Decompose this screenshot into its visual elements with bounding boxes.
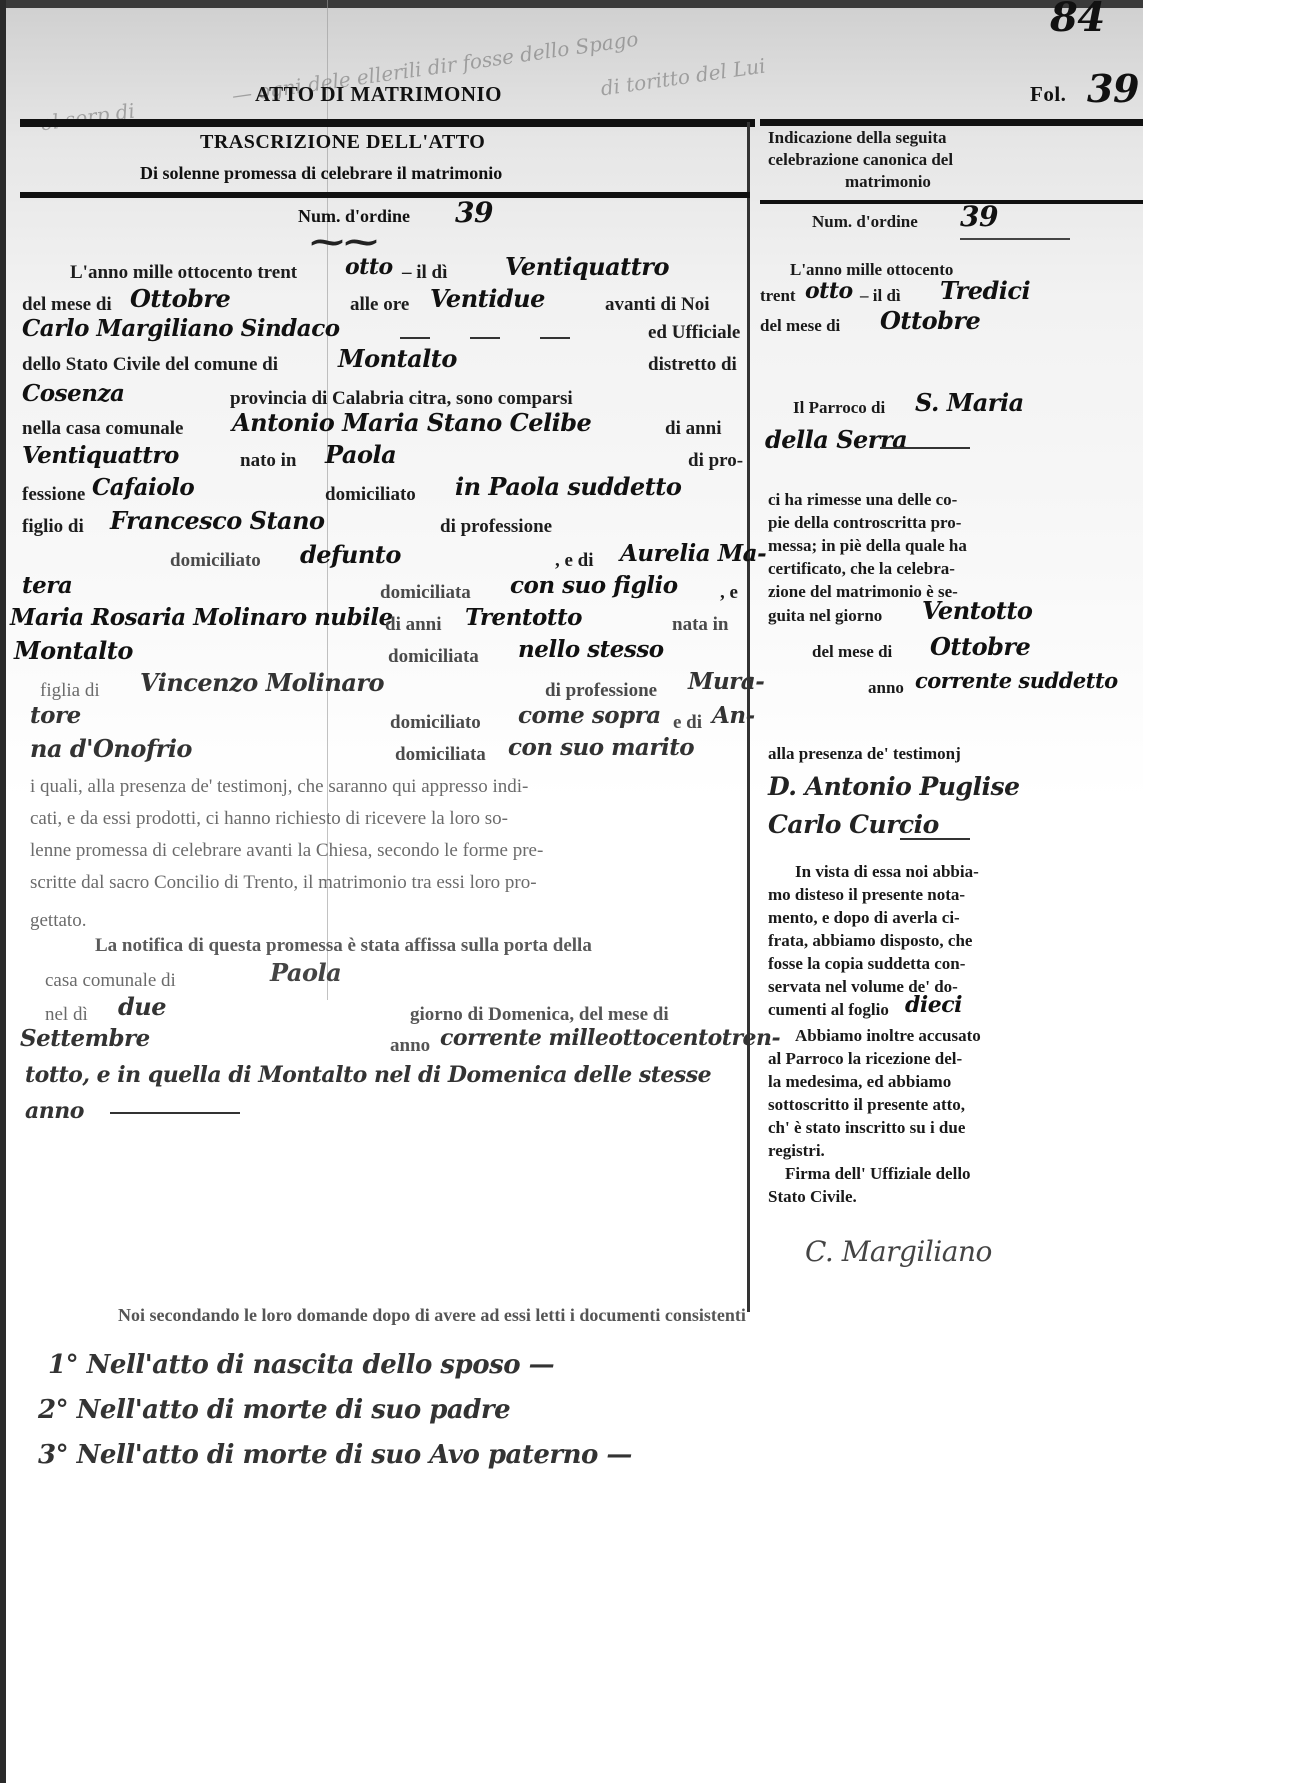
handwritten-bride: Maria Rosaria Molinaro nubile: [10, 604, 393, 631]
paragraph-line: gettato.: [30, 910, 86, 932]
handwritten-father-domicile: come sopra: [518, 702, 661, 729]
right-order-value: 39: [960, 200, 998, 233]
form-text: ed Ufficiale: [648, 322, 740, 344]
handwritten-father: Francesco Stano: [110, 506, 325, 535]
right-body-line: ci ha rimesse una delle co-: [768, 490, 957, 510]
fill-dash: [110, 1112, 240, 1114]
handwritten-celebration-month: Ottobre: [930, 632, 1030, 661]
form-text: domiciliata: [380, 582, 471, 604]
handwritten-mother-domicile: con suo figlio: [510, 572, 678, 599]
paragraph-line: i quali, alla presenza de' testimonj, ch…: [30, 776, 528, 798]
handwritten-right-day: Tredici: [940, 276, 1030, 305]
form-text: dello Stato Civile del comune di: [22, 354, 278, 376]
fill-dash: [540, 337, 570, 339]
closing-line: cumenti al foglio: [768, 1000, 889, 1020]
form-text: , e: [720, 582, 738, 604]
form-text: domiciliata: [388, 646, 479, 668]
right-title-line: Indicazione della seguita: [768, 128, 947, 148]
form-text: distretto di: [648, 354, 737, 376]
handwritten-birthplace: Paola: [325, 440, 396, 469]
publication-line: La notifica di questa promessa è stata a…: [95, 935, 592, 957]
form-text: avanti di Noi: [605, 294, 710, 316]
handwritten-notice-year: corrente milleottocentotren-: [440, 1025, 780, 1051]
handwritten-witness-1: D. Antonio Puglise: [768, 772, 1019, 801]
handwritten-distretto: Cosenza: [22, 380, 124, 407]
closing-line: mento, e dopo di averla ci-: [768, 908, 960, 928]
closing-line: sottoscritto il presente atto,: [768, 1095, 965, 1115]
signature-label: Firma dell' Uffiziale dello: [785, 1164, 971, 1184]
handwritten-year: otto: [345, 254, 393, 280]
form-text: nella casa comunale: [22, 418, 184, 440]
form-text: – il dì: [402, 262, 447, 284]
handwritten-right-year: otto: [805, 278, 853, 304]
handwritten-bride-mother: An-: [712, 702, 755, 729]
handwritten-groom: Antonio Maria Stano Celibe: [232, 408, 591, 437]
form-text: del mese di: [22, 294, 112, 316]
header-rule-right: [760, 119, 1143, 126]
handwritten-officer: Carlo Margiliano Sindaco: [22, 315, 340, 342]
bleed-through-text: di toritto del Lui: [599, 54, 767, 101]
closing-line: fosse la copia suddetta con-: [768, 954, 965, 974]
right-text: anno: [868, 678, 904, 698]
handwritten-mother: Aurelia Ma-: [620, 540, 766, 567]
handwritten-parish-cont: della Serra: [765, 425, 907, 454]
folio-label: Fol.: [1030, 82, 1066, 107]
handwritten-bride-domicile: nello stesso: [518, 636, 664, 663]
form-text: nato in: [240, 450, 297, 472]
right-text: del mese di: [760, 316, 840, 336]
form-text: , e di: [555, 550, 594, 572]
page-number: 84: [1050, 0, 1105, 41]
form-text: nata in: [672, 614, 729, 636]
form-text: domiciliato: [390, 712, 481, 734]
witness-label: alla presenza de' testimonj: [768, 744, 961, 764]
handwritten-bride-age: Trentotto: [465, 604, 582, 631]
document-title: ATTO DI MATRIMONIO: [255, 82, 502, 107]
handwritten-celebration-day: Ventotto: [922, 596, 1032, 625]
form-text: figlia di: [40, 680, 100, 702]
handwritten-right-month: Ottobre: [880, 306, 980, 335]
handwritten-profession-cont: tore: [30, 702, 81, 729]
handwritten-notice-end: anno: [25, 1098, 84, 1124]
fill-dash: [900, 838, 970, 840]
paragraph-line: scritte dal sacro Concilio di Trento, il…: [30, 872, 537, 894]
paragraph-line: lenne promessa di celebrare avanti la Ch…: [30, 840, 543, 862]
form-text: di anni: [385, 614, 442, 636]
handwritten-bride-father: Vincenzo Molinaro: [140, 668, 384, 697]
right-text: del mese di: [812, 642, 892, 662]
right-text: trent: [760, 286, 796, 306]
publication-line: anno: [390, 1035, 430, 1057]
fill-dash: [880, 447, 970, 449]
handwritten-comune: Montalto: [338, 344, 457, 373]
handwritten-day: Ventiquattro: [505, 252, 669, 281]
form-text: L'anno mille ottocento trent: [70, 262, 297, 284]
document-page: — ogni dele ellerili dir fosse dello Spa…: [0, 0, 1143, 1783]
handwritten-witness-2: Carlo Curcio: [768, 810, 939, 839]
officer-signature: C. Margiliano: [805, 1235, 992, 1268]
section-rule: [20, 192, 750, 198]
form-text: di pro-: [688, 450, 743, 472]
right-title-rule: [760, 200, 1143, 204]
closing-line: frata, abbiamo disposto, che: [768, 931, 972, 951]
handwritten-notice-day: due: [118, 992, 166, 1021]
bleed-through-text: ol sorp di: [39, 99, 136, 136]
closing-line: registri.: [768, 1141, 825, 1161]
handwritten-document-2: 2° Nell'atto di morte di suo padre: [38, 1395, 510, 1425]
folio-value: 39: [1087, 66, 1139, 111]
closing-line: ch' è stato inscritto su i due: [768, 1118, 965, 1138]
form-text: figlio di: [22, 516, 84, 538]
handwritten-bride-father-profession: Mura-: [688, 668, 764, 695]
handwritten-celebration-year: corrente suddetto: [915, 668, 1118, 693]
section-subtitle: Di solenne promessa di celebrare il matr…: [140, 163, 502, 184]
right-body-line: messa; in piè della quale ha: [768, 536, 967, 556]
right-body-line: pie della controscritta pro-: [768, 513, 961, 533]
scan-top-edge: [0, 0, 1143, 8]
right-text: – il dì: [860, 286, 901, 306]
right-order-underline: [960, 238, 1070, 240]
section-title: TRASCRIZIONE DELL'ATTO: [200, 131, 485, 154]
publication-line: nel dì: [45, 1004, 88, 1026]
handwritten-bride-mother-surname: na d'Onofrio: [30, 734, 192, 763]
order-value: 39: [455, 196, 493, 229]
handwritten-parish: S. Maria: [915, 388, 1024, 417]
form-text: di professione: [440, 516, 552, 538]
handwritten-profession: Cafaiolo: [92, 474, 194, 501]
form-text: domiciliato: [170, 550, 261, 572]
form-text: e di: [673, 712, 702, 734]
handwritten-father-status: defunto: [300, 540, 401, 569]
signature-label: Stato Civile.: [768, 1187, 857, 1207]
closing-line: mo disteso il presente nota-: [768, 885, 965, 905]
form-text: fessione: [22, 484, 85, 506]
handwritten-document-1: 1° Nell'atto di nascita dello sposo —: [48, 1350, 554, 1380]
handwritten-bride-mother-domicile: con suo marito: [508, 734, 694, 761]
handwritten-document-3: 3° Nell'atto di morte di suo Avo paterno…: [38, 1440, 632, 1470]
form-text: domiciliata: [395, 744, 486, 766]
publication-line: casa comunale di: [45, 970, 176, 992]
handwritten-notice-place: Paola: [270, 958, 341, 987]
handwritten-notice-month: Settembre: [20, 1025, 150, 1052]
header-rule-left: [20, 119, 755, 127]
right-text: Il Parroco di: [793, 398, 885, 418]
closing-line: Abbiamo inoltre accusato: [795, 1026, 981, 1046]
handwritten-month: Ottobre: [130, 284, 230, 313]
closing-line: la medesima, ed abbiamo: [768, 1072, 951, 1092]
right-title-line: celebrazione canonica del: [768, 150, 953, 170]
form-text: alle ore: [350, 294, 409, 316]
handwritten-hour: Ventidue: [430, 284, 545, 313]
handwritten-notice-continued: totto, e in quella di Montalto nel di Do…: [25, 1062, 711, 1088]
right-body-line: certificato, che la celebra-: [768, 559, 955, 579]
right-text: L'anno mille ottocento: [790, 260, 953, 280]
right-text: guita nel giorno: [768, 606, 882, 626]
scan-left-edge: [0, 0, 6, 1783]
footer-printed-line: Noi secondando le loro domande dopo di a…: [118, 1305, 746, 1326]
fill-dash: [470, 337, 500, 339]
handwritten-foglio: dieci: [905, 992, 962, 1018]
handwritten-age: Ventiquattro: [22, 442, 179, 469]
fill-dash: [400, 337, 430, 339]
paragraph-line: cati, e da essi prodotti, ci hanno richi…: [30, 808, 508, 830]
form-text: provincia di Calabria citra, sono compar…: [230, 388, 573, 410]
form-text: domiciliato: [325, 484, 416, 506]
handwritten-mother-surname: tera: [22, 572, 72, 599]
form-text: di anni: [665, 418, 722, 440]
right-title-line: matrimonio: [845, 172, 931, 192]
closing-line: al Parroco la ricezione del-: [768, 1049, 962, 1069]
right-order-label: Num. d'ordine: [812, 212, 918, 232]
closing-line: In vista di essa noi abbia-: [795, 862, 979, 882]
publication-line: giorno di Domenica, del mese di: [410, 1004, 669, 1026]
handwritten-bride-birthplace: Montalto: [14, 636, 133, 665]
handwritten-domicile: in Paola suddetto: [455, 472, 681, 501]
form-text: di professione: [545, 680, 657, 702]
